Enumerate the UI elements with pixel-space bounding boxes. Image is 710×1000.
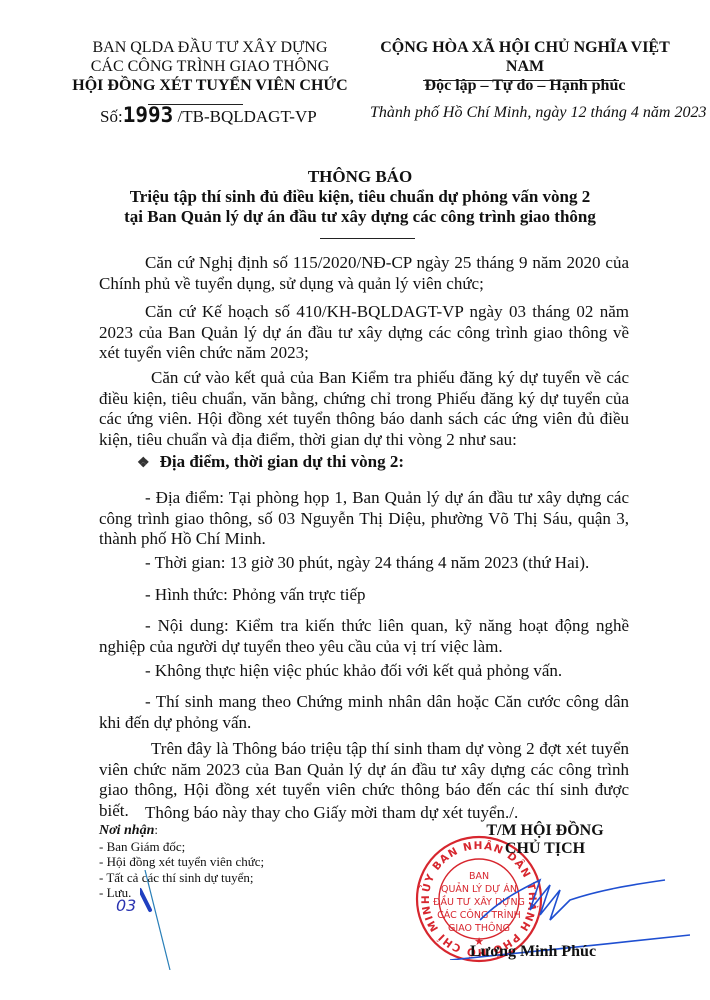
pen-mark-icon: [140, 870, 180, 970]
paragraph-legal-basis-1: Căn cứ Nghị định số 115/2020/NĐ-CP ngày …: [99, 253, 629, 294]
agency-name-line1: BAN QLDA ĐẦU TƯ XÂY DỰNG: [55, 38, 365, 57]
nation-name: CỘNG HÒA XÃ HỘI CHỦ NGHĨA VIỆT NAM: [365, 38, 685, 76]
handwritten-note: 03: [116, 896, 136, 915]
list-item: - Thời gian: 13 giờ 30 phút, ngày 24 thá…: [99, 553, 629, 574]
paragraph-legal-basis-3: Căn cứ vào kết quả của Ban Kiểm tra phiế…: [99, 368, 629, 450]
national-motto: Độc lập – Tự do – Hạnh phúc: [365, 76, 685, 95]
recipient-item: - Hội đồng xét tuyển viên chức;: [99, 854, 264, 870]
list-item: - Địa điểm: Tại phòng họp 1, Ban Quản lý…: [99, 488, 629, 550]
title-underline: [320, 238, 415, 239]
signature-title-line2: CHỦ TỊCH: [470, 840, 620, 858]
signer-name: Lương Minh Phúc: [470, 943, 596, 961]
list-item: - Nội dung: Kiểm tra kiến thức liên quan…: [99, 616, 629, 657]
document-number-prefix: Số:: [100, 107, 123, 126]
document-number: Số:1993 /TB-BQLDAGT-VP: [100, 103, 317, 127]
recipients-block: Nơi nhận: - Ban Giám đốc; - Hội đồng xét…: [99, 822, 264, 901]
recipient-item: - Ban Giám đốc;: [99, 839, 264, 855]
agency-name-line2: CÁC CÔNG TRÌNH GIAO THÔNG: [55, 57, 365, 76]
issuing-agency-block: BAN QLDA ĐẦU TƯ XÂY DỰNG CÁC CÔNG TRÌNH …: [55, 38, 365, 95]
document-subtitle-line1: Triệu tập thí sinh đủ điều kiện, tiêu ch…: [60, 187, 660, 207]
national-header-block: CỘNG HÒA XÃ HỘI CHỦ NGHĨA VIỆT NAM Độc l…: [365, 38, 685, 95]
section-heading: ❖Địa điểm, thời gian dự thi vòng 2:: [137, 452, 404, 472]
motto-underline: [423, 80, 619, 81]
section-heading-text: Địa điểm, thời gian dự thi vòng 2:: [160, 452, 404, 471]
council-name: HỘI ĐỒNG XÉT TUYỂN VIÊN CHỨC: [55, 76, 365, 95]
recipients-label: Nơi nhận: [99, 823, 154, 838]
list-item: - Thí sinh mang theo Chứng minh nhân dân…: [99, 692, 629, 733]
diamond-bullet-icon: ❖: [137, 456, 150, 471]
signature-title-line1: T/M HỘI ĐỒNG: [470, 822, 620, 840]
document-number-suffix: /TB-BQLDAGT-VP: [178, 107, 317, 126]
recipient-item: - Tất cả các thí sinh dự tuyển;: [99, 870, 264, 886]
document-subtitle-line2: tại Ban Quản lý dự án đầu tư xây dựng cá…: [60, 207, 660, 227]
list-item: - Hình thức: Phỏng vấn trực tiếp: [99, 585, 629, 606]
place-date: Thành phố Hồ Chí Minh, ngày 12 tháng 4 n…: [370, 104, 706, 122]
paragraph-note: Thông báo này thay cho Giấy mời tham dự …: [99, 803, 629, 824]
document-title-block: THÔNG BÁO Triệu tập thí sinh đủ điều kiệ…: [60, 167, 660, 227]
signature-title-block: T/M HỘI ĐỒNG CHỦ TỊCH: [470, 822, 620, 858]
document-number-value: 1993: [123, 103, 174, 127]
document-title: THÔNG BÁO: [60, 167, 660, 187]
paragraph-legal-basis-2: Căn cứ Kế hoạch số 410/KH-BQLDAGT-VP ngà…: [99, 302, 629, 364]
list-item: - Không thực hiện việc phúc khảo đối với…: [99, 661, 629, 682]
